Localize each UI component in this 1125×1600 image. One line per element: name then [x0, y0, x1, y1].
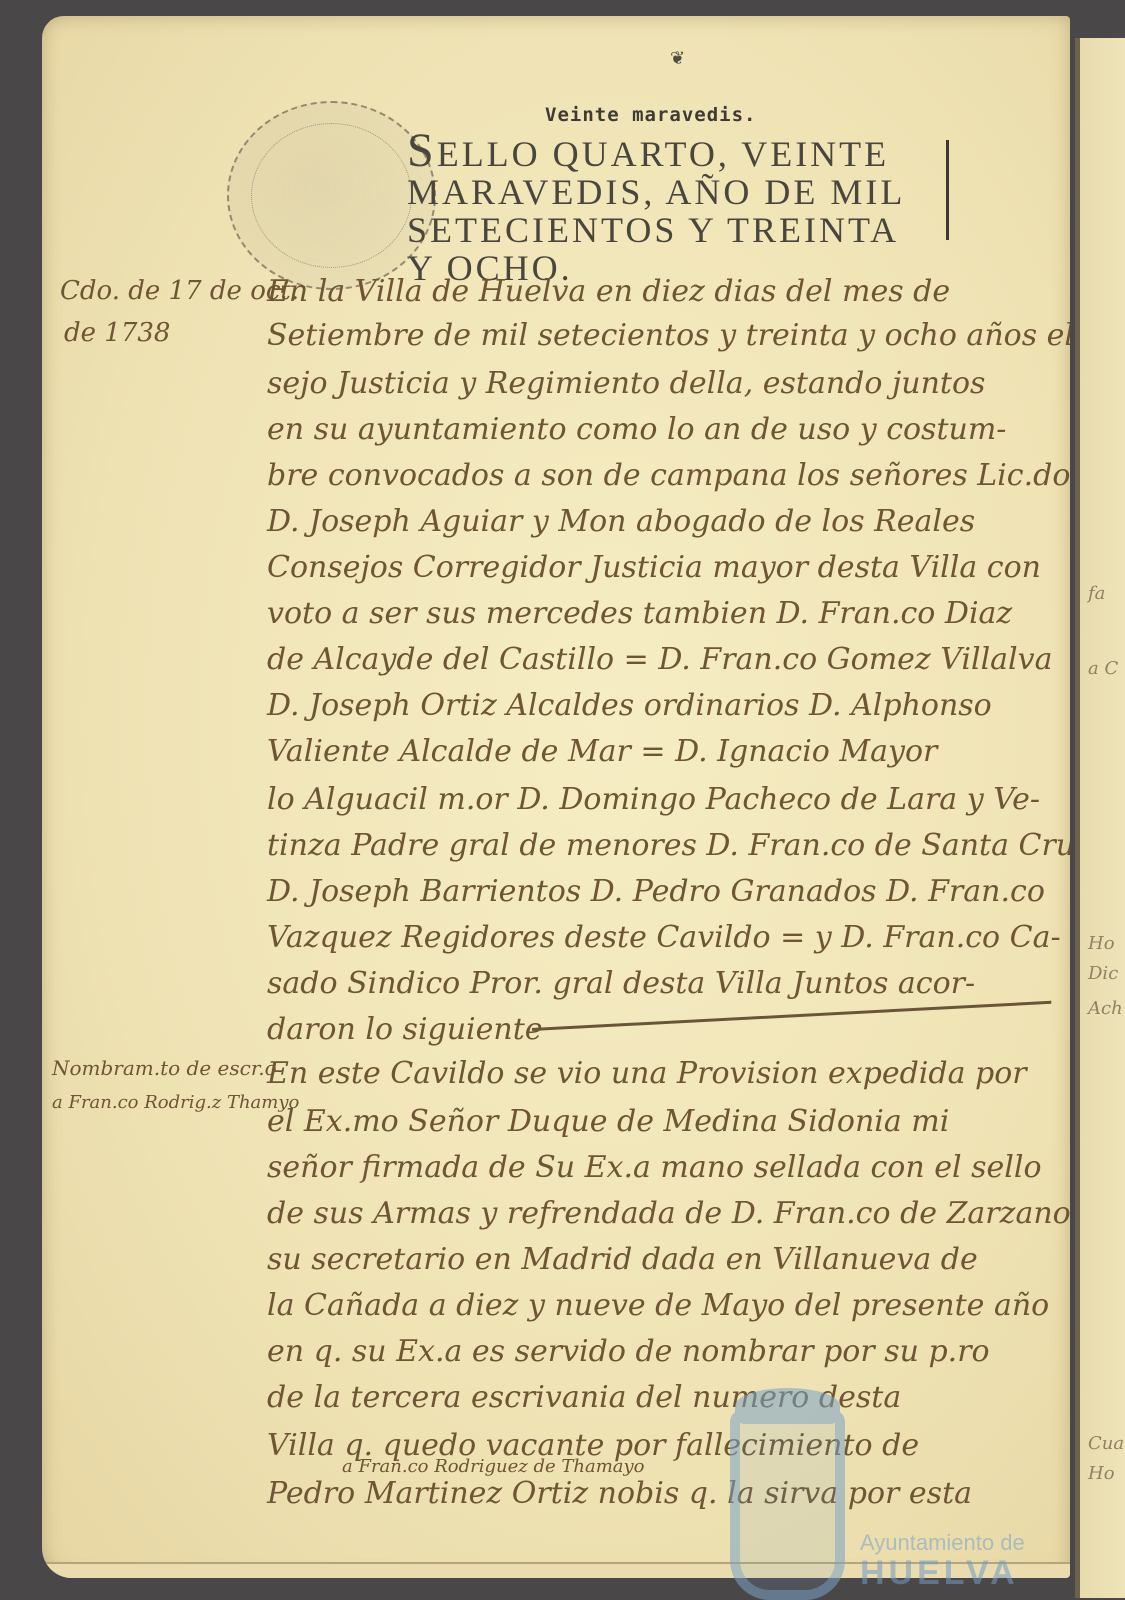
body-line: Consejos Corregidor Justicia mayor desta…	[267, 550, 1041, 585]
body-line: sejo Justicia y Regimiento della, estand…	[267, 366, 985, 401]
body-line: de Alcayde del Castillo = D. Fran.co Gom…	[267, 642, 1052, 677]
margin-note: Nombram.to de escr.o	[52, 1056, 277, 1080]
body-line: En la Villa de Huelva en diez dias del m…	[267, 274, 950, 309]
body-line: daron lo siguiente	[267, 1012, 543, 1047]
body-line: de sus Armas y refrendada de D. Fran.co …	[267, 1196, 1070, 1231]
stamp-line: Sello quarto, veinte	[407, 132, 967, 173]
stamp-bracket	[940, 140, 949, 240]
body-line: voto a ser sus mercedes tambien D. Fran.…	[267, 596, 1012, 631]
coat-of-arms-icon	[730, 1410, 845, 1600]
section-divider	[532, 1001, 1051, 1031]
ornament-icon: ❦	[670, 48, 685, 69]
body-line: en q. su Ex.a es servido de nombrar por …	[267, 1334, 990, 1369]
body-line: tinza Padre gral de menores D. Fran.co d…	[267, 828, 1070, 863]
body-line: señor firmada de Su Ex.a mano sellada co…	[267, 1150, 1042, 1185]
body-line: D. Joseph Barrientos D. Pedro Granados D…	[267, 874, 1045, 909]
adjacent-fragment: a C	[1088, 658, 1118, 679]
margin-note: Cdo. de 17 de oct.	[60, 276, 299, 306]
body-line: D. Joseph Aguiar y Mon abogado de los Re…	[267, 504, 975, 539]
watermark-subtitle: Ayuntamiento de	[860, 1530, 1025, 1556]
stamp-text-block: Sello quarto, veinte maravedis, año de m…	[407, 132, 967, 287]
body-line: Valiente Alcalde de Mar = D. Ignacio May…	[267, 734, 937, 769]
embossed-seal	[227, 101, 436, 290]
adjacent-fragment: Dic	[1088, 963, 1118, 984]
body-line: el Ex.mo Señor Duque de Medina Sidonia m…	[267, 1104, 949, 1139]
manuscript-page: ❦ Veinte maravedis. Sello quarto, veinte…	[42, 16, 1070, 1578]
margin-note-sub: de 1738	[64, 318, 170, 348]
body-line: lo Alguacil m.or D. Domingo Pacheco de L…	[267, 782, 1040, 817]
interlinear-signature: a Fran.co Rodriguez de Thamayo	[342, 1456, 645, 1477]
adjacent-fragment: fa	[1088, 583, 1105, 604]
stamp-line: setecientos y treinta	[407, 211, 967, 249]
body-line: D. Joseph Ortiz Alcaldes ordinarios D. A…	[267, 688, 992, 723]
body-line: sado Sindico Pror. gral desta Villa Junt…	[267, 966, 975, 1001]
adjacent-page-edge: fa a C Ho Dic Ach Cua Ho	[1075, 38, 1125, 1598]
body-line: bre convocados a son de campana los seño…	[267, 458, 1070, 493]
adjacent-fragment: Ho	[1088, 933, 1115, 954]
body-line: la Cañada a diez y nueve de Mayo del pre…	[267, 1288, 1049, 1323]
body-line: su secretario en Madrid dada en Villanue…	[267, 1242, 978, 1277]
margin-note-sub: a Fran.co Rodrig.z Thamyo	[52, 1092, 299, 1113]
body-line: En este Cavildo se vio una Provision exp…	[267, 1056, 1027, 1091]
watermark-title: HUELVA	[860, 1554, 1019, 1593]
body-line: Vazquez Regidores deste Cavildo = y D. F…	[267, 920, 1061, 955]
stamp-line: maravedis, año de mil	[407, 173, 967, 211]
ayuntamiento-huelva-watermark: Ayuntamiento de HUELVA	[710, 1390, 1110, 1590]
body-line: en su ayuntamiento como lo an de uso y c…	[267, 412, 1006, 447]
body-line: Setiembre de mil setecientos y treinta y…	[267, 318, 1070, 353]
stamp-value-line: Veinte maravedis.	[545, 104, 756, 126]
adjacent-fragment: Ach	[1088, 998, 1123, 1019]
